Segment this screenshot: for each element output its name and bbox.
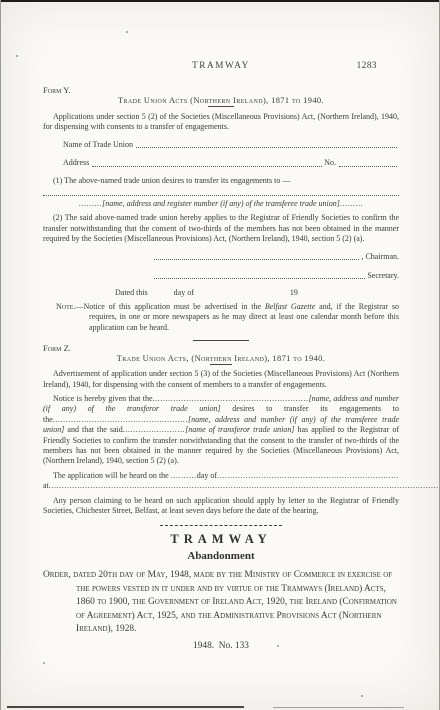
form-z-section: Form Z. Trade Union Acts, (Northern Irel…: [43, 343, 399, 516]
form-y-paragraph-1: (1) The above-named trade union desires …: [43, 176, 399, 186]
dotted-leader: [154, 271, 365, 279]
document-page: TRAMWAY 1283 Form Y. Trade Union Acts (N…: [0, 0, 440, 710]
address-label: Address: [63, 158, 89, 168]
scan-speck: [361, 695, 363, 697]
name-label: Name of Trade Union: [63, 140, 133, 150]
address-line: Address No.: [63, 158, 399, 168]
secretary-signature-line: Secretary.: [151, 271, 399, 281]
scan-edge-top: [1, 0, 439, 2]
order-paragraph: Order, dated 20th day of May, 1948, made…: [43, 569, 399, 636]
notice-text: and that the said: [64, 425, 122, 434]
name-line: Name of Trade Union: [63, 140, 399, 150]
no-label: No.: [324, 158, 336, 168]
dated-this-label: Dated this: [115, 288, 148, 297]
dots: ........................................…: [217, 471, 399, 480]
heading-underline: [208, 106, 234, 107]
dots: ........................................…: [153, 394, 309, 403]
form-y-section: Form Y. Trade Union Acts (Northern Irela…: [43, 85, 399, 333]
dots: .........: [340, 199, 363, 208]
dots: ........................................…: [49, 481, 439, 490]
dotted-rule: [43, 189, 399, 196]
order-number: 1948. No. 133: [43, 641, 399, 651]
section-divider-rule: [193, 340, 249, 341]
scan-speck: [16, 55, 18, 57]
day-of-label: day of: [174, 288, 194, 297]
running-header: TRAMWAY 1283: [43, 60, 399, 72]
page-number: 1283: [357, 60, 377, 70]
form-z-intro: Advertisement of application under secti…: [43, 369, 399, 390]
tramway-divider-dashed: [160, 525, 282, 526]
secretary-label: Secretary.: [367, 271, 399, 281]
form-y-bracket-line: .........[name, address and register num…: [43, 199, 399, 209]
form-z-acts-heading: Trade Union Acts, (Northern Ireland), 18…: [43, 354, 399, 363]
note-label: Note.: [56, 302, 75, 311]
dotted-leader: [154, 252, 359, 260]
form-y-paragraph-2: (2) The said above-named trade union her…: [43, 213, 399, 244]
tramway-title: TRAMWAY: [43, 532, 399, 547]
abandonment-subtitle: Abandonment: [43, 550, 399, 562]
tramway-section: TRAMWAY Abandonment Order, dated 20th da…: [43, 532, 399, 651]
bracket-text: [name, address and register number (if a…: [102, 199, 340, 208]
scan-speck: [126, 31, 128, 33]
hearing-text: The application will be heard on the: [53, 471, 169, 480]
dots: .........: [79, 199, 102, 208]
scan-edge-bottom-faint: [273, 707, 404, 708]
scan-edge-bottom: [7, 706, 244, 708]
chairman-signature-line: , Chairman.: [151, 252, 399, 262]
form-y-label: Form Y.: [43, 85, 399, 95]
scan-speck: [277, 645, 279, 647]
transferor-name-bracket: [name of transferor trade union]: [185, 425, 294, 434]
dotted-leader: [136, 140, 397, 148]
apply-note-paragraph: Any person claiming to be heard on such …: [43, 496, 399, 517]
note-gazette-italic: Belfast Gazette: [265, 302, 315, 311]
chairman-label: , Chairman.: [361, 252, 399, 262]
dotted-leader: [339, 159, 397, 167]
hearing-line: The application will be heard on the ...…: [43, 471, 399, 492]
note-text-pre: —Notice of this application must be adve…: [75, 302, 264, 311]
year-label: 19: [290, 288, 298, 297]
page-content: TRAMWAY 1283 Form Y. Trade Union Acts (N…: [1, 0, 439, 651]
form-z-notice-paragraph: Notice is hereby given that the.........…: [43, 394, 399, 467]
scan-speck: [43, 662, 45, 664]
notice-text: Notice is hereby given that the: [53, 394, 153, 403]
form-y-note: Note.—Notice of this application must be…: [56, 302, 399, 333]
form-z-label: Form Z.: [43, 343, 399, 353]
form-y-intro: Applications under section 5 (2) of the …: [43, 112, 399, 133]
dots: ..........: [171, 471, 197, 480]
dated-line: Dated thisday of19: [43, 288, 399, 298]
dotted-leader: [92, 159, 322, 167]
heading-underline: [210, 364, 232, 365]
running-title: TRAMWAY: [192, 60, 250, 70]
dots: ........................: [123, 425, 185, 434]
hearing-day-of: day of: [197, 471, 217, 480]
dots: ........................................…: [53, 415, 188, 424]
form-y-acts-heading: Trade Union Acts (Northern Ireland), 187…: [43, 96, 399, 105]
